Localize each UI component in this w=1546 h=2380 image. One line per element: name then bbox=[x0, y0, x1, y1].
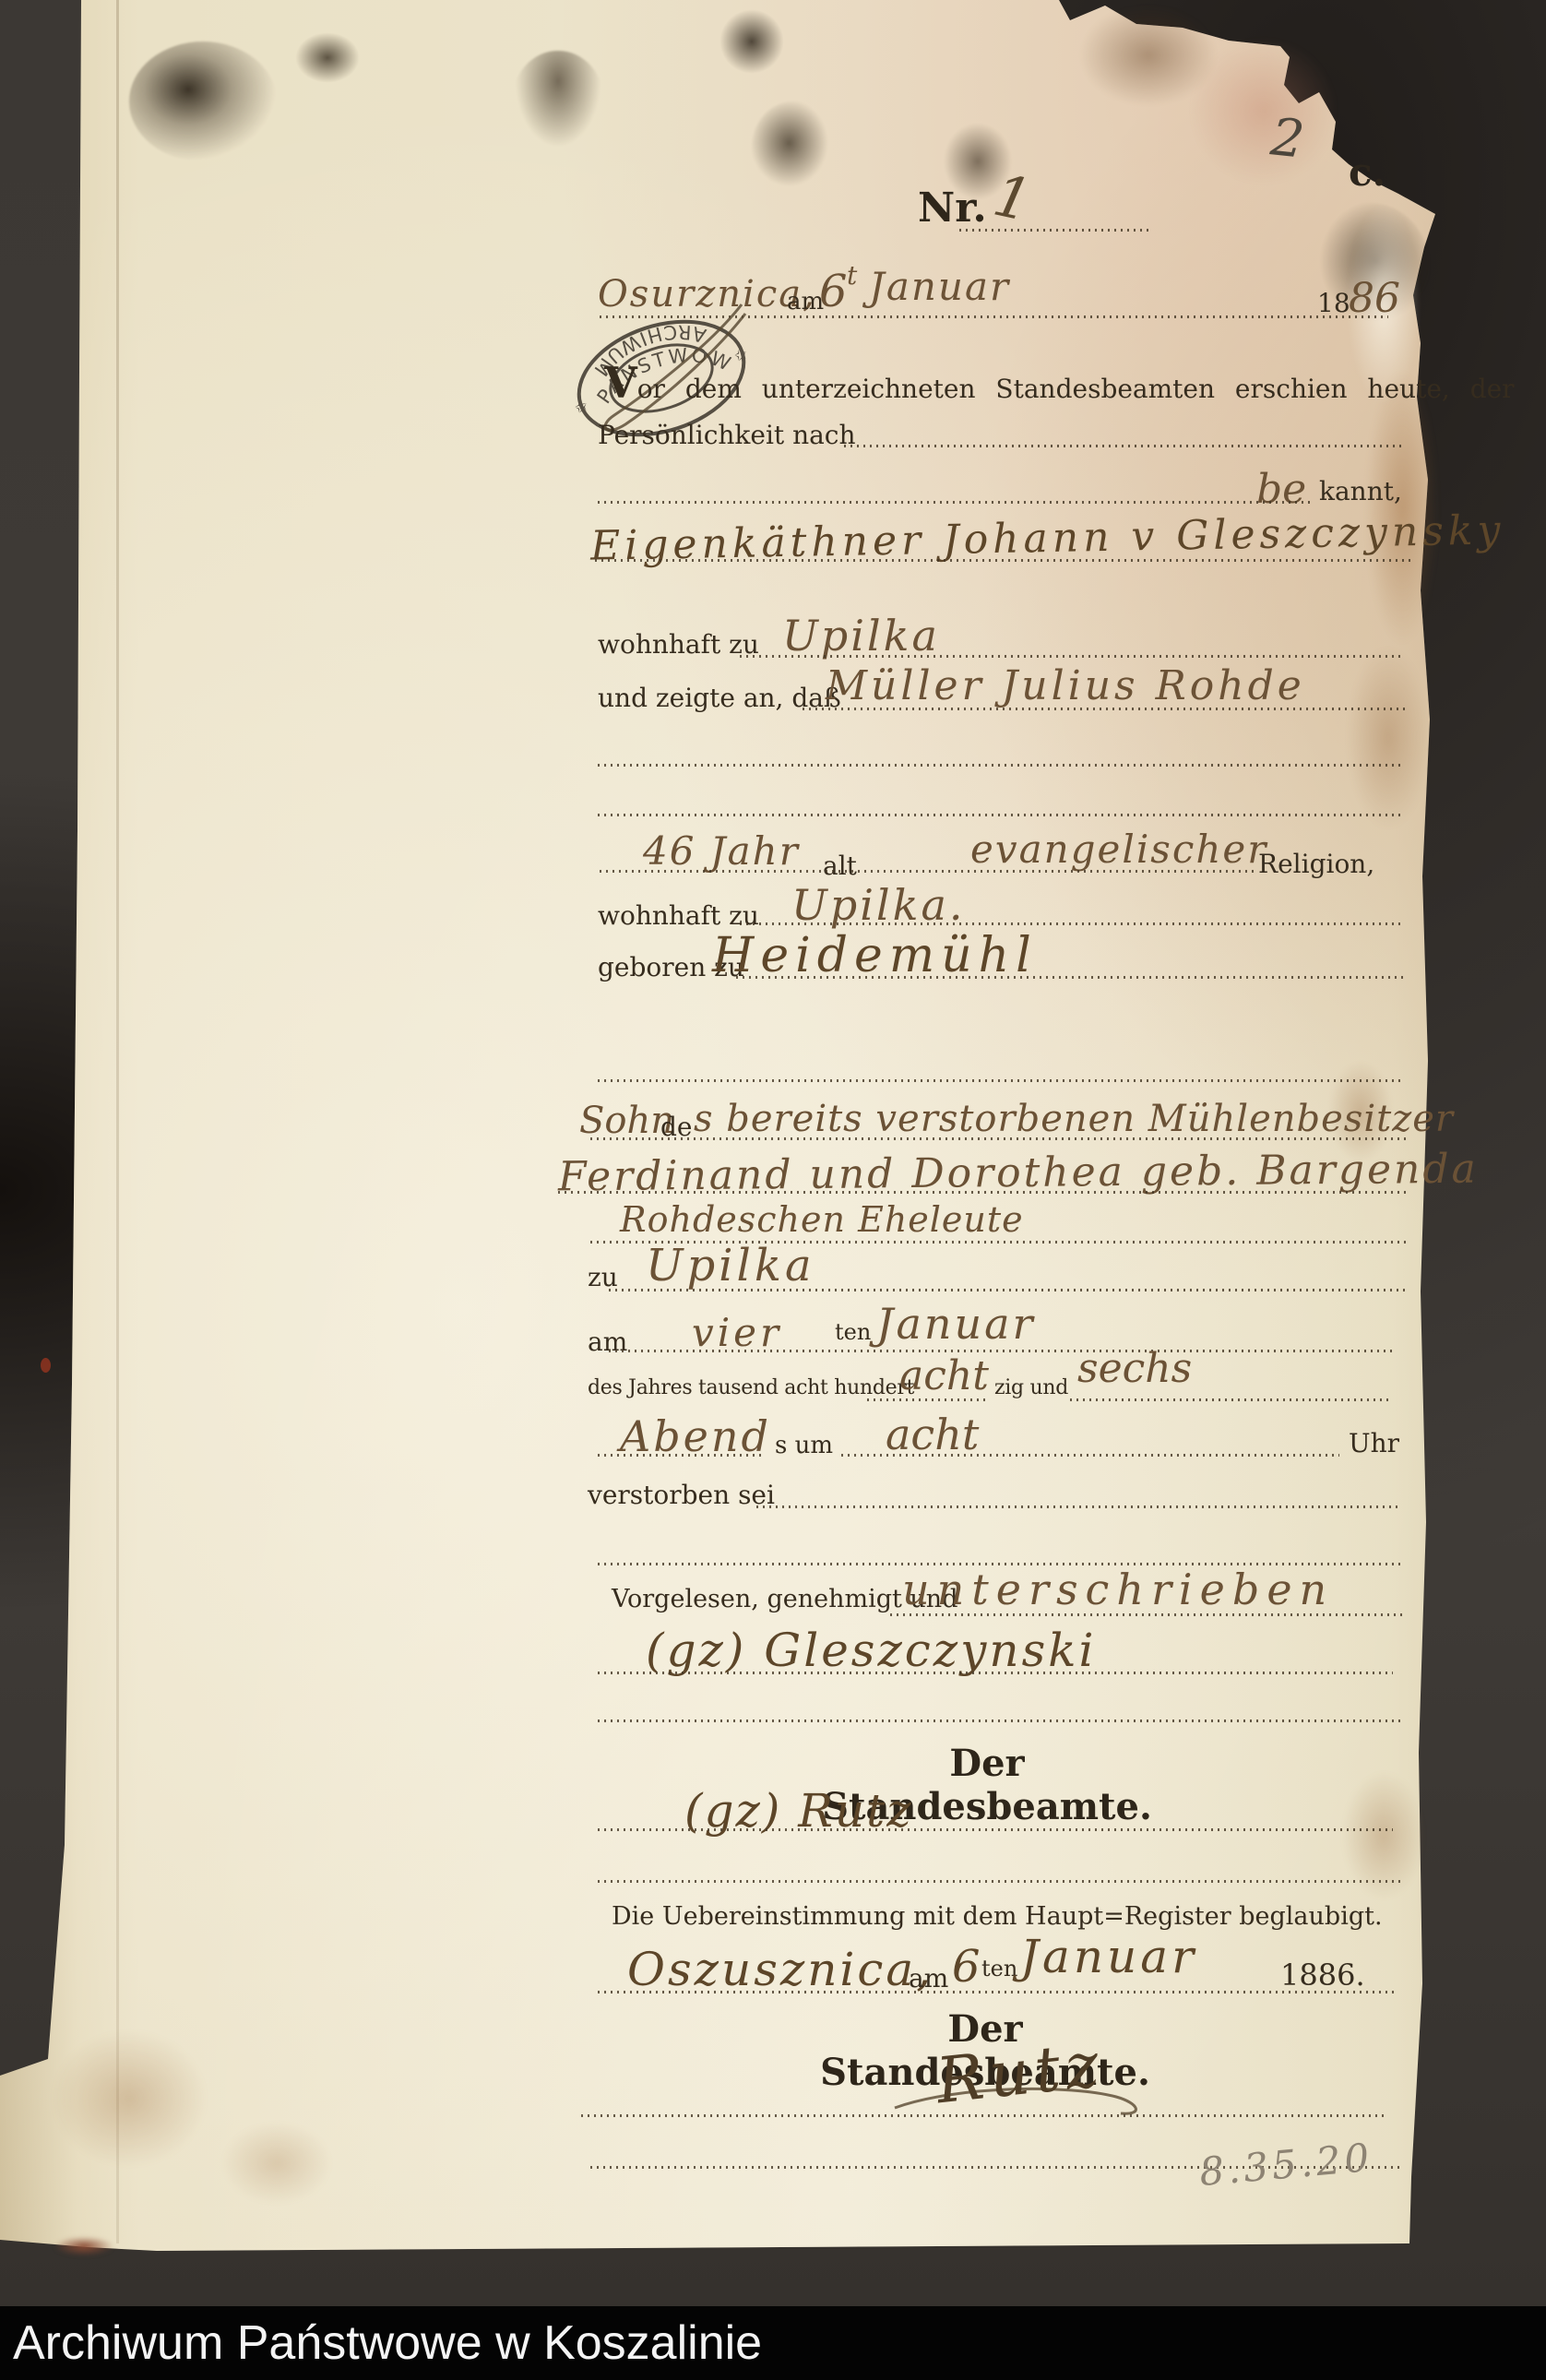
dotted-rule bbox=[598, 764, 1405, 767]
death-month-hand: Januar bbox=[876, 1299, 1036, 1349]
page-number: 2 bbox=[1268, 107, 1307, 170]
dotted-rule bbox=[609, 1350, 1393, 1352]
dotted-rule bbox=[803, 708, 1405, 710]
binding-thread bbox=[41, 1358, 51, 1373]
signature1-hand: (gz) Gleszczynski bbox=[646, 1624, 1097, 1677]
dotted-rule bbox=[1070, 1398, 1388, 1401]
dotted-rule bbox=[841, 1454, 1339, 1457]
age-label: alt bbox=[823, 851, 857, 881]
religion-label: Religion, bbox=[1258, 849, 1374, 879]
certify-day-hand: 6 bbox=[952, 1941, 981, 1993]
dotted-rule bbox=[581, 2114, 1388, 2117]
document-scan: 2 c. Nr. 1 Osurznica, am 6 t Januar 18 8… bbox=[0, 0, 1546, 2380]
dotted-rule bbox=[598, 1672, 1393, 1674]
certify-year: 1886. bbox=[1280, 1958, 1365, 1993]
certify-month-hand: Januar bbox=[1020, 1930, 1197, 1983]
archive-footer-bar: Archiwum Państwowe w Koszalinie bbox=[0, 2306, 1546, 2380]
binding-crease bbox=[116, 0, 119, 2243]
dotted-rule bbox=[736, 976, 1405, 979]
dotted-rule bbox=[844, 445, 1405, 447]
intro-sentence: Vor dem unterzeichneten Standesbeamten e… bbox=[604, 358, 1407, 408]
year-ones-hand: sechs bbox=[1077, 1345, 1192, 1392]
residence2-label: wohnhaft zu bbox=[598, 900, 759, 931]
religion-hand: evangelischer bbox=[970, 827, 1267, 872]
time-sum-label: s um bbox=[775, 1432, 833, 1459]
year-tens-hand: acht bbox=[899, 1352, 989, 1399]
dotted-rule bbox=[598, 1720, 1402, 1722]
binding-tuft bbox=[54, 2236, 114, 2256]
dotted-rule bbox=[595, 559, 1411, 562]
dotted-rule bbox=[959, 229, 1148, 232]
nr-label: Nr. bbox=[918, 184, 987, 232]
died-label: verstorben sei bbox=[588, 1480, 775, 1510]
dotted-rule bbox=[598, 814, 1405, 816]
certify-line: Die Uebereinstimmung mit dem Haupt=Regis… bbox=[612, 1902, 1383, 1931]
deceased-name-hand: Müller Julius Rohde bbox=[826, 662, 1305, 709]
month-hand: Januar bbox=[869, 264, 1010, 309]
certify-am-label: am bbox=[909, 1963, 948, 1993]
read-hand: unterschrieben bbox=[902, 1565, 1334, 1614]
known-hand: be bbox=[1256, 466, 1306, 513]
certify-place-hand: Oszusznica, bbox=[627, 1943, 934, 1996]
dotted-rule bbox=[600, 870, 1256, 873]
dotted-rule bbox=[740, 655, 1405, 658]
day-suffix-hand: t bbox=[847, 260, 857, 291]
dotted-rule bbox=[598, 1828, 1393, 1831]
dotted-rule bbox=[598, 1880, 1402, 1883]
year-label: des Jahres tausend acht hundert bbox=[588, 1376, 914, 1399]
dotted-rule bbox=[756, 1505, 1402, 1508]
identity-label: Persönlichkeit nach bbox=[598, 420, 856, 450]
corner-ink-fragment: c. bbox=[1349, 149, 1385, 195]
known-printed: kannt, bbox=[1319, 476, 1402, 506]
dotted-rule bbox=[598, 1454, 766, 1457]
dotted-rule bbox=[740, 922, 1405, 925]
death-day-hand: vier bbox=[692, 1310, 782, 1355]
year-printed: 18 bbox=[1317, 288, 1350, 318]
age-hand: 46 Jahr bbox=[643, 828, 800, 874]
zu-place-hand: Upilka bbox=[646, 1240, 815, 1291]
certify-ten-label: ten bbox=[981, 1956, 1017, 1981]
son-rest-hand: s bereits verstorbenen Mühlenbesitzer bbox=[694, 1098, 1454, 1140]
residence1-hand: Upilka bbox=[782, 611, 940, 660]
residence1-label: wohnhaft zu bbox=[598, 629, 759, 660]
year-zig-label: zig und bbox=[994, 1376, 1068, 1399]
dotted-rule bbox=[867, 1398, 987, 1401]
dotted-rule bbox=[590, 1137, 1407, 1140]
dotted-rule bbox=[609, 1289, 1407, 1291]
day-hand: 6 bbox=[819, 266, 848, 317]
dotted-rule bbox=[598, 1079, 1405, 1082]
born-hand: Heidemühl bbox=[712, 928, 1038, 983]
dotted-rule bbox=[558, 1191, 1407, 1194]
death-am-label: am bbox=[588, 1327, 627, 1357]
dotted-rule bbox=[890, 1613, 1402, 1616]
dotted-rule bbox=[598, 1991, 1395, 1993]
death-ten-label: ten bbox=[835, 1319, 871, 1345]
dotted-rule bbox=[598, 501, 1310, 504]
archive-name: Archiwum Państwowe w Koszalinie bbox=[13, 2315, 762, 2371]
time-hour-hand: acht bbox=[886, 1410, 979, 1459]
time-uhr-label: Uhr bbox=[1349, 1428, 1399, 1458]
parents-surname-hand: Rohdeschen Eheleute bbox=[620, 1199, 1024, 1240]
